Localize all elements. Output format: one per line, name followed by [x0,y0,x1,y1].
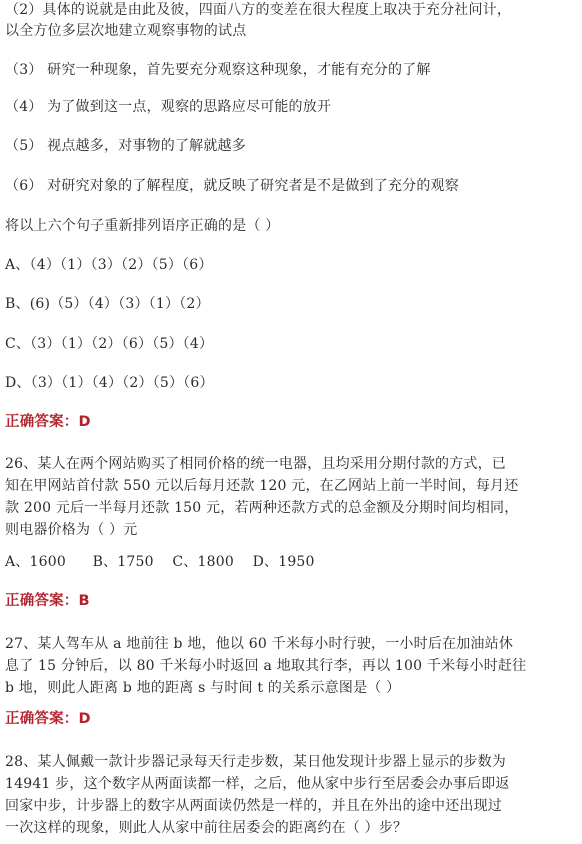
question-26-options: A、1600 B、1750 C、1800 D、1950 [5,552,315,572]
question-28-line-4: 一次这样的现象，则此人从家中前往居委会的距离约在（ ）步？ [5,818,407,838]
question-27-line-1: 27、某人驾车从 a 地前往 b 地，他以 60 千米每小时行驶，一小时后在加油… [5,634,513,654]
sentence-5: （5） 视点越多，对事物的了解就越多 [5,136,246,156]
question-25-prompt: 将以上六个句子重新排列语序正确的是（ ） [5,216,279,236]
question-27-answer: 正确答案：D [5,709,91,729]
question-28-line-3: 回家中步，计步器上的数字从两面读仍然是一样的，并且在外出的途中还出现过 [5,796,502,816]
question-26-line-2: 知在甲网站首付款 550 元以后每月还款 120 元，在乙网站上前一半时间，每月… [5,476,518,496]
question-25-option-d: D、（3）（1）（4）（2）（5）（6） [5,373,214,393]
sentence-2-line-1: （2）具体的说就是由此及彼，四面八方的变差在很大程度上取决于充分社问计， [5,0,511,20]
sentence-3: （3） 研究一种现象，首先要充分观察这种现象，才能有充分的了解 [5,60,431,80]
question-28-line-1: 28、某人佩戴一款计步器记录每天行走步数，某日他发现计步器上显示的步数为 [5,752,506,772]
question-25-option-a: A、（4）（1）（3）（2）（5）（6） [5,255,213,275]
question-28-line-2: 14941 步，这个数字从两面读都一样，之后，他从家中步行至居委会办事后即返 [5,774,510,794]
question-27-line-3: b 地，则此人距离 b 地的距离 s 与时间 t 的关系示意图是（ ） [5,678,400,698]
sentence-6: （6） 对研究对象的了解程度，就反映了研究者是不是做到了充分的观察 [5,176,459,196]
question-26-option-c: C、1800 [172,554,234,570]
question-26-answer: 正确答案：B [5,591,90,611]
question-26-line-4: 则电器价格为（ ）元 [5,520,137,540]
question-26-option-b: B、1750 [93,554,154,570]
sentence-2-line-2: 以全方位多层次地建立观察事物的试点 [5,21,246,41]
question-27-line-2: 息了 15 分钟后，以 80 千米每小时返回 a 地取其行李，再以 100 千米… [5,656,526,676]
question-25-option-b: B、(6)（5）（4）（3）（1）（2） [5,294,210,314]
question-25-answer: 正确答案：D [5,412,91,432]
question-26-line-1: 26、某人在两个网站购买了相同价格的统一电器，且均采用分期付款的方式，已 [5,454,506,474]
sentence-4: （4） 为了做到这一点，观察的思路应尽可能的放开 [5,97,331,117]
question-25-option-c: C、（3）（1）（2）（6）（5）（4） [5,334,213,354]
question-26-option-a: A、1600 [5,554,66,570]
question-26-line-3: 款 200 元后一半每月还款 150 元，若两种还款方式的总金额及分期时间均相同… [5,498,518,518]
question-26-option-d: D、1950 [253,554,315,570]
